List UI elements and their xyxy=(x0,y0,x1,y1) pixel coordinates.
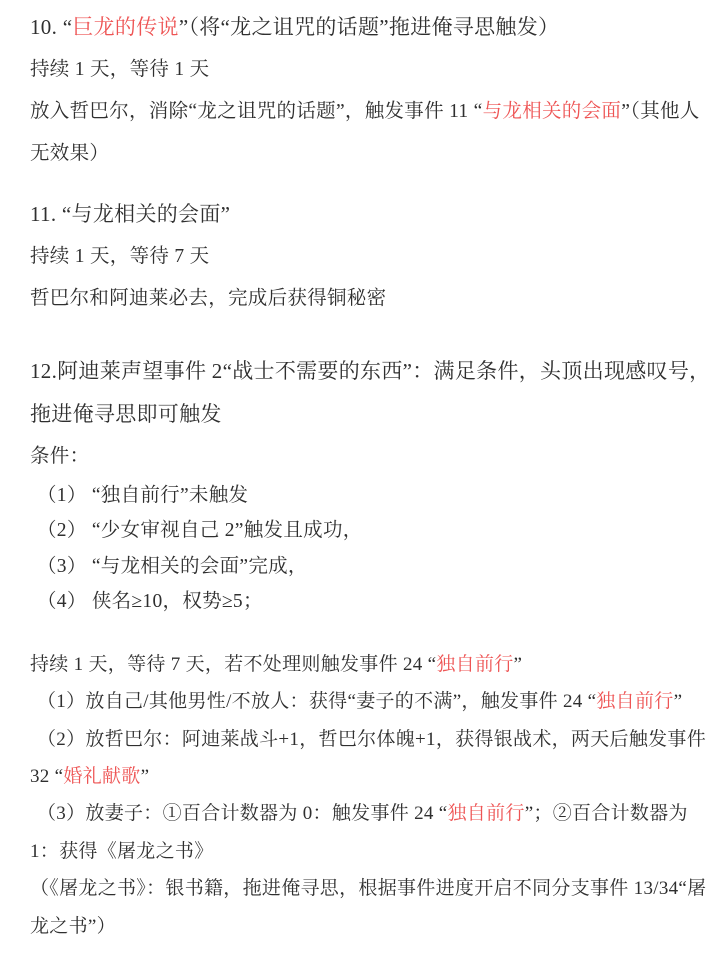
text-run: ”（将“龙之诅咒的话题”拖进俺寻思触发） xyxy=(179,15,559,39)
text-run: 10. “ xyxy=(30,15,72,39)
event-12-option-3: （3）放妻子：①百合计数器为 0：触发事件 24 “独自前行”；②百合计数器为 … xyxy=(30,795,712,870)
event-10-section: 10. “巨龙的传说”（将“龙之诅咒的话题”拖进俺寻思触发） 持续 1 天，等待… xyxy=(30,6,712,175)
event-link-dragon-legend: 巨龙的传说 xyxy=(72,15,179,39)
event-12-condition-2: （2） “少女审视自己 2”触发且成功， xyxy=(30,513,712,548)
event-10-detail: 放入哲巴尔，消除“龙之诅咒的话题”，触发事件 11 “与龙相关的会面”（其他人无… xyxy=(30,91,712,175)
event-12-outcomes: 持续 1 天，等待 7 天，若不处理则触发事件 24 “独自前行” （1）放自己… xyxy=(30,646,712,945)
text-run: 持续 1 天，等待 7 天，若不处理则触发事件 24 “ xyxy=(30,654,436,675)
event-link-wedding-song: 婚礼献歌 xyxy=(63,766,140,787)
event-link-dragon-meeting: 与龙相关的会面 xyxy=(483,101,622,122)
text-run: ” xyxy=(674,691,683,712)
event-11-duration: 持续 1 天，等待 7 天 xyxy=(30,236,712,278)
text-run: （3）放妻子：①百合计数器为 0：触发事件 24 “ xyxy=(37,803,447,824)
event-12-section: 12.阿迪莱声望事件 2“战士不需要的东西”：满足条件，头顶出现感叹号，拖进俺寻… xyxy=(30,350,712,945)
event-12-option-2: （2）放哲巴尔：阿迪莱战斗+1，哲巴尔体魄+1，获得银战术，两天后触发事件 32… xyxy=(30,721,712,796)
event-10-heading: 10. “巨龙的传说”（将“龙之诅咒的话题”拖进俺寻思触发） xyxy=(30,6,712,49)
event-12-outcome-intro: 持续 1 天，等待 7 天，若不处理则触发事件 24 “独自前行” xyxy=(30,646,712,683)
event-11-detail: 哲巴尔和阿迪莱必去，完成后获得铜秘密 xyxy=(30,278,712,320)
event-12-book-note: （《屠龙之书》：银书籍，拖进俺寻思，根据事件进度开启不同分支事件 13/34“屠… xyxy=(30,870,712,945)
event-12-condition-3: （3） “与龙相关的会面”完成， xyxy=(30,549,712,584)
event-link-walk-alone: 独自前行 xyxy=(596,691,673,712)
event-link-walk-alone: 独自前行 xyxy=(447,803,524,824)
event-11-heading: 11. “与龙相关的会面” xyxy=(30,193,712,236)
event-12-condition-1: （1） “独自前行”未触发 xyxy=(30,478,712,513)
event-10-duration: 持续 1 天，等待 1 天 xyxy=(30,49,712,91)
event-link-walk-alone: 独自前行 xyxy=(436,654,513,675)
document-page: 10. “巨龙的传说”（将“龙之诅咒的话题”拖进俺寻思触发） 持续 1 天，等待… xyxy=(0,0,728,945)
event-12-heading: 12.阿迪莱声望事件 2“战士不需要的东西”：满足条件，头顶出现感叹号，拖进俺寻… xyxy=(30,350,712,436)
text-run: （1）放自己/其他男性/不放人：获得“妻子的不满”，触发事件 24 “ xyxy=(37,691,596,712)
text-run: 放入哲巴尔，消除“龙之诅咒的话题”，触发事件 11 “ xyxy=(30,101,483,122)
event-12-option-1: （1）放自己/其他男性/不放人：获得“妻子的不满”，触发事件 24 “独自前行” xyxy=(30,683,712,720)
event-12-conditions-label: 条件： xyxy=(30,436,712,478)
event-11-section: 11. “与龙相关的会面” 持续 1 天，等待 7 天 哲巴尔和阿迪莱必去，完成… xyxy=(30,193,712,320)
event-12-condition-4: （4） 侠名≥10，权势≥5； xyxy=(30,584,712,619)
text-run: ” xyxy=(514,654,523,675)
text-run: ” xyxy=(141,766,150,787)
